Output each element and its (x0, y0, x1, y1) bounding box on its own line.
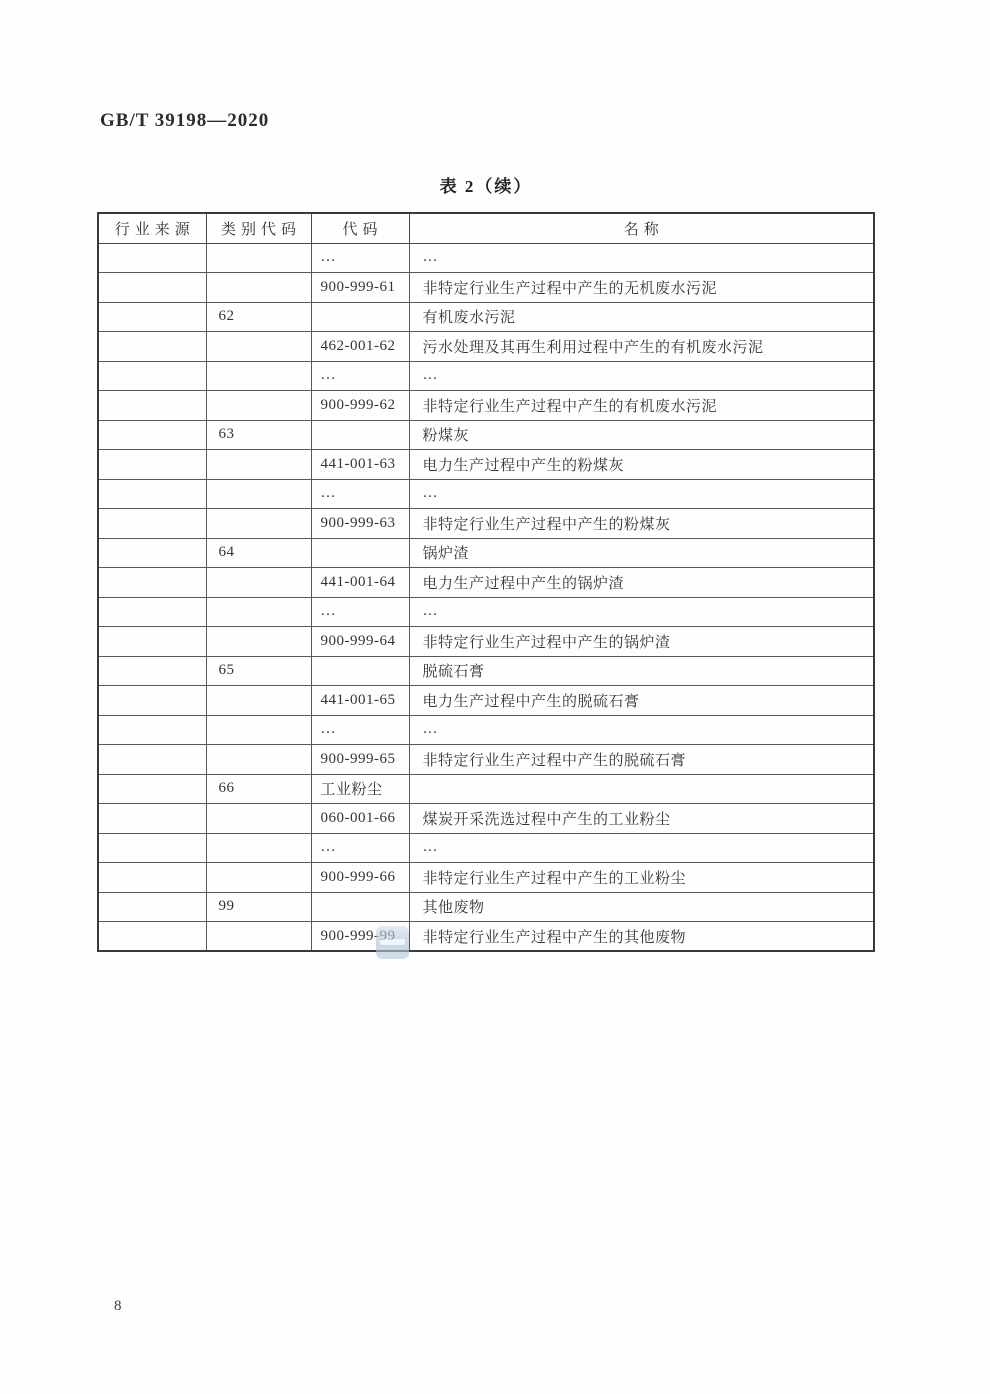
table-row: 900-999-62 非特定行业生产过程中产生的有机废水污泥 (98, 391, 874, 421)
cell-name: 其他废物 (409, 892, 874, 922)
cell-code: … (311, 833, 409, 863)
cell-industry-source (98, 509, 206, 539)
cell-industry-source (98, 804, 206, 834)
cell-name: 有机废水污泥 (409, 302, 874, 332)
cell-code: … (311, 715, 409, 745)
cell-code: … (311, 597, 409, 627)
table-row: 64 锅炉渣 (98, 538, 874, 568)
cell-industry-source (98, 479, 206, 509)
cell-code: 900-999-62 (311, 391, 409, 421)
cell-industry-source (98, 745, 206, 775)
table-row: 900-999-66 非特定行业生产过程中产生的工业粉尘 (98, 863, 874, 893)
table-row: 62 有机废水污泥 (98, 302, 874, 332)
table-row: 900-999-99 非特定行业生产过程中产生的其他废物 (98, 922, 874, 952)
table-row: … … (98, 361, 874, 391)
cell-code (311, 656, 409, 686)
cell-industry-source (98, 774, 206, 804)
table-row: 060-001-66 煤炭开采洗选过程中产生的工业粉尘 (98, 804, 874, 834)
cell-name: 电力生产过程中产生的脱硫石膏 (409, 686, 874, 716)
cell-category-code (206, 922, 311, 952)
cell-industry-source (98, 332, 206, 362)
table-row: 441-001-65 电力生产过程中产生的脱硫石膏 (98, 686, 874, 716)
table-row: 66 工业粉尘 (98, 774, 874, 804)
cell-industry-source (98, 597, 206, 627)
table-row: 900-999-64 非特定行业生产过程中产生的锅炉渣 (98, 627, 874, 657)
cell-name (409, 774, 874, 804)
cell-category-code (206, 509, 311, 539)
cell-category-code (206, 715, 311, 745)
header-category-code: 类别代码 (206, 213, 311, 243)
cell-category-code (206, 627, 311, 657)
table-row: 63 粉煤灰 (98, 420, 874, 450)
cell-industry-source (98, 450, 206, 480)
table-row: 99 其他废物 (98, 892, 874, 922)
table-row: 900-999-65 非特定行业生产过程中产生的脱硫石膏 (98, 745, 874, 775)
table-body: … … 900-999-61 非特定行业生产过程中产生的无机废水污泥 62 有机… (98, 243, 874, 951)
table-row: … … (98, 833, 874, 863)
table-row: 900-999-63 非特定行业生产过程中产生的粉煤灰 (98, 509, 874, 539)
cell-name: 污水处理及其再生利用过程中产生的有机废水污泥 (409, 332, 874, 362)
table-row: 900-999-61 非特定行业生产过程中产生的无机废水污泥 (98, 273, 874, 303)
table-row: … … (98, 243, 874, 273)
cell-code: 441-001-64 (311, 568, 409, 598)
cell-name: 煤炭开采洗选过程中产生的工业粉尘 (409, 804, 874, 834)
cell-name: 锅炉渣 (409, 538, 874, 568)
cell-name: … (409, 479, 874, 509)
cell-category-code: 62 (206, 302, 311, 332)
cell-industry-source (98, 391, 206, 421)
table-title: 表 2（续） (97, 172, 875, 197)
cell-category-code (206, 361, 311, 391)
cell-name: 粉煤灰 (409, 420, 874, 450)
header-name: 名称 (409, 213, 874, 243)
cell-industry-source (98, 568, 206, 598)
cell-category-code (206, 332, 311, 362)
cell-name: 非特定行业生产过程中产生的脱硫石膏 (409, 745, 874, 775)
cell-name: 非特定行业生产过程中产生的粉煤灰 (409, 509, 874, 539)
cell-category-code (206, 686, 311, 716)
table-row: 441-001-64 电力生产过程中产生的锅炉渣 (98, 568, 874, 598)
cell-code: 900-999-63 (311, 509, 409, 539)
cell-industry-source (98, 892, 206, 922)
cell-code: … (311, 361, 409, 391)
cell-code: 441-001-63 (311, 450, 409, 480)
watermark-logo-icon (376, 926, 409, 959)
cell-industry-source (98, 922, 206, 952)
cell-code: … (311, 243, 409, 273)
cell-industry-source (98, 538, 206, 568)
cell-name: … (409, 833, 874, 863)
cell-industry-source (98, 361, 206, 391)
cell-industry-source (98, 863, 206, 893)
cell-category-code: 64 (206, 538, 311, 568)
cell-name: 非特定行业生产过程中产生的工业粉尘 (409, 863, 874, 893)
table-row: … … (98, 479, 874, 509)
cell-industry-source (98, 686, 206, 716)
cell-industry-source (98, 833, 206, 863)
cell-industry-source (98, 715, 206, 745)
cell-name: 脱硫石膏 (409, 656, 874, 686)
cell-code: 900-999-66 (311, 863, 409, 893)
cell-name: 电力生产过程中产生的锅炉渣 (409, 568, 874, 598)
cell-category-code (206, 568, 311, 598)
table-row: 462-001-62 污水处理及其再生利用过程中产生的有机废水污泥 (98, 332, 874, 362)
cell-code: 900-999-65 (311, 745, 409, 775)
cell-category-code (206, 391, 311, 421)
cell-name: 非特定行业生产过程中产生的有机废水污泥 (409, 391, 874, 421)
cell-category-code (206, 479, 311, 509)
cell-category-code (206, 273, 311, 303)
cell-code (311, 892, 409, 922)
cell-code: … (311, 479, 409, 509)
cell-code (311, 302, 409, 332)
cell-code: 900-999-61 (311, 273, 409, 303)
cell-category-code (206, 450, 311, 480)
table-row: 441-001-63 电力生产过程中产生的粉煤灰 (98, 450, 874, 480)
cell-category-code (206, 804, 311, 834)
cell-category-code (206, 597, 311, 627)
standard-number: GB/T 39198—2020 (100, 110, 269, 132)
cell-industry-source (98, 243, 206, 273)
cell-industry-source (98, 302, 206, 332)
cell-industry-source (98, 273, 206, 303)
waste-code-table: 行业来源 类别代码 代码 名称 … … 900-999-61 非特定行业生产过程… (97, 212, 875, 952)
cell-name: … (409, 243, 874, 273)
header-industry-source: 行业来源 (98, 213, 206, 243)
cell-code (311, 420, 409, 450)
cell-code: 900-999-64 (311, 627, 409, 657)
cell-name: … (409, 715, 874, 745)
cell-code: 工业粉尘 (311, 774, 409, 804)
table-row: 65 脱硫石膏 (98, 656, 874, 686)
cell-category-code (206, 745, 311, 775)
table-row: … … (98, 715, 874, 745)
cell-industry-source (98, 627, 206, 657)
cell-name: 电力生产过程中产生的粉煤灰 (409, 450, 874, 480)
cell-category-code: 66 (206, 774, 311, 804)
cell-industry-source (98, 420, 206, 450)
page-number: 8 (114, 1298, 122, 1315)
document-page: GB/T 39198—2020 表 2（续） 行业来源 类别代码 代码 名称 …… (0, 0, 990, 1394)
cell-industry-source (98, 656, 206, 686)
cell-name: 非特定行业生产过程中产生的无机废水污泥 (409, 273, 874, 303)
cell-code: 441-001-65 (311, 686, 409, 716)
cell-category-code (206, 833, 311, 863)
cell-name: 非特定行业生产过程中产生的其他废物 (409, 922, 874, 952)
cell-category-code (206, 243, 311, 273)
table-row: … … (98, 597, 874, 627)
header-code: 代码 (311, 213, 409, 243)
table-header: 行业来源 类别代码 代码 名称 (98, 213, 874, 243)
cell-category-code: 99 (206, 892, 311, 922)
cell-code: 462-001-62 (311, 332, 409, 362)
cell-category-code: 63 (206, 420, 311, 450)
cell-name: … (409, 361, 874, 391)
cell-name: … (409, 597, 874, 627)
cell-code: 060-001-66 (311, 804, 409, 834)
cell-category-code (206, 863, 311, 893)
cell-category-code: 65 (206, 656, 311, 686)
cell-name: 非特定行业生产过程中产生的锅炉渣 (409, 627, 874, 657)
cell-code (311, 538, 409, 568)
